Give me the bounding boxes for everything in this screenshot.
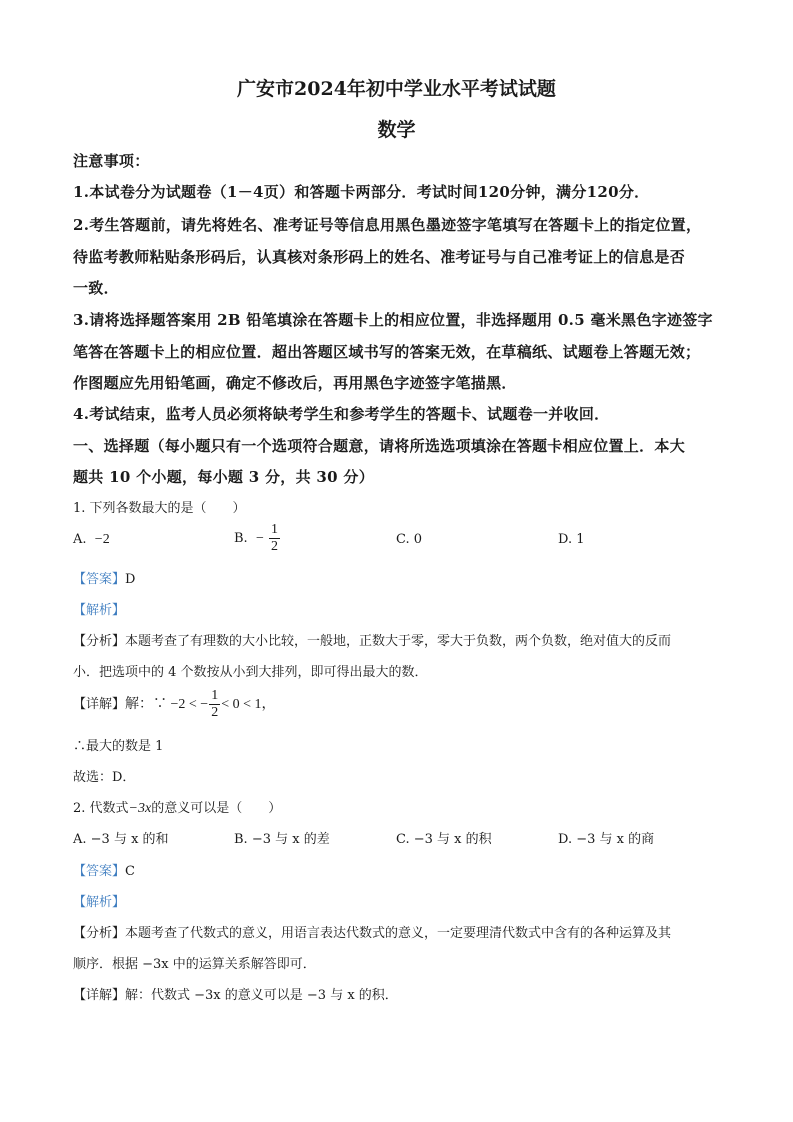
q1-option-a: A. −2 xyxy=(73,532,110,548)
xiangjie-tag: 【详解】 xyxy=(73,697,125,712)
q1-answer: 【答案】D xyxy=(73,568,135,587)
fenxi-text: 本题考查了代数式的意义，用语言表达代数式的意义，一定要理清代数式中含有的各种运算… xyxy=(125,926,671,941)
fraction-denominator: 2 xyxy=(211,705,218,721)
page-title: 广安市2024年初中学业水平考试试题 xyxy=(0,74,793,101)
xiangjie-prefix: 解：∵ −2 < − xyxy=(125,697,208,712)
fenxi-tag: 【分析】 xyxy=(73,926,125,941)
q1-fenxi-cont: 小．把选项中的 4 个数按从小到大排列，即可得出最大的数． xyxy=(73,661,428,680)
q2-option-c: C. −3 与 x 的积 xyxy=(396,828,492,847)
xiangjie-tag: 【详解】 xyxy=(73,988,125,1003)
fraction-numerator: 1 xyxy=(269,522,280,539)
fenxi-text: 本题考查了有理数的大小比较，一般地，正数大于零，零大于负数，两个负数，绝对值大的… xyxy=(125,634,671,649)
q2-fenxi-cont: 顺序．根据 −3x 中的运算关系解答即可． xyxy=(73,953,316,972)
q2-stem-math: −3x xyxy=(129,801,152,816)
q2-analysis-tag: 【解析】 xyxy=(73,891,125,910)
notice-item-3: 3.请将选择题答案用 2B 铅笔填涂在答题卡上的相应位置，非选择题用 0.5 毫… xyxy=(73,309,713,330)
q1-option-b: B. − 1 2 xyxy=(234,522,281,555)
notice-item-3-cont: 笔答在答题卡上的相应位置．超出答题区域书写的答案无效，在草稿纸、试题卷上答题无效… xyxy=(73,341,700,362)
notice-item-3-end: 作图题应先用铅笔画，确定不修改后，再用黑色字迹签字笔描黑． xyxy=(73,372,517,393)
fraction-numerator: 1 xyxy=(209,688,220,705)
q1-option-a-value: −2 xyxy=(95,532,110,547)
q1-option-c: C. 0 xyxy=(396,532,422,547)
notice-item-4: 4.考试结束，监考人员必须将缺考学生和参考学生的答题卡、试题卷一并收回． xyxy=(73,403,609,424)
q1-fenxi: 【分析】本题考查了有理数的大小比较，一般地，正数大于零，零大于负数，两个负数，绝… xyxy=(73,630,671,649)
q2-stem-suffix: 的意义可以是（ ） xyxy=(151,801,281,816)
q2-stem-prefix: 2. 代数式 xyxy=(73,801,129,816)
q1-conclusion: ∴最大的数是 1 xyxy=(73,735,163,754)
notice-item-2-cont: 待监考教师粘贴条形码后，认真核对条形码上的姓名、准考证号与自己准考证上的信息是否 xyxy=(73,246,685,267)
q2-fenxi: 【分析】本题考查了代数式的意义，用语言表达代数式的意义，一定要理清代数式中含有的… xyxy=(73,922,671,941)
page-subject: 数学 xyxy=(0,115,793,142)
q2-option-b: B. −3 与 x 的差 xyxy=(234,828,330,847)
question-1-stem: 1. 下列各数最大的是（ ） xyxy=(73,497,246,516)
q1-analysis-tag: 【解析】 xyxy=(73,599,125,618)
section-heading-cont: 题共 10 个小题，每小题 3 分，共 30 分） xyxy=(73,466,374,487)
answer-tag: 【答案】 xyxy=(73,572,125,587)
section-heading: 一、选择题（每小题只有一个选项符合题意，请将所选选项填涂在答题卡相应位置上．本大 xyxy=(73,435,685,456)
fenxi-tag: 【分析】 xyxy=(73,634,125,649)
xiangjie-fraction: 1 2 xyxy=(209,688,220,721)
q1-choose: 故选：D． xyxy=(73,766,135,785)
q1-option-b-label: B. xyxy=(234,531,248,546)
question-2-stem: 2. 代数式−3x的意义可以是（ ） xyxy=(73,797,281,817)
q1-option-d: D. 1 xyxy=(558,532,585,547)
q2-option-a: A. −3 与 x 的和 xyxy=(73,828,169,847)
q1-xiangjie: 【详解】解：∵ −2 < − 1 2 < 0 < 1， xyxy=(73,688,276,721)
answer-tag: 【答案】 xyxy=(73,864,125,879)
notice-item-2-end: 一致． xyxy=(73,277,119,298)
q2-xiangjie: 【详解】解：代数式 −3x 的意义可以是 −3 与 x 的积． xyxy=(73,984,398,1003)
q2-option-d: D. −3 与 x 的商 xyxy=(558,828,654,847)
q1-option-b-fraction: 1 2 xyxy=(269,522,280,555)
fraction-denominator: 2 xyxy=(271,539,278,555)
notice-item-2: 2.考生答题前，请先将姓名、准考证号等信息用黑色墨迹签字笔填写在答题卡上的指定位… xyxy=(73,214,701,235)
notice-item-1: 1.本试卷分为试题卷（1－4页）和答题卡两部分．考试时间120分钟，满分120分… xyxy=(73,181,649,202)
q2-answer: 【答案】C xyxy=(73,860,135,879)
answer-value: D xyxy=(125,572,135,587)
q1-option-b-sign: − xyxy=(256,531,264,546)
xiangjie-suffix: < 0 < 1， xyxy=(221,697,275,712)
xiangjie-text: 解：代数式 −3x 的意义可以是 −3 与 x 的积． xyxy=(125,988,398,1003)
q1-option-a-label: A. xyxy=(73,532,87,547)
notice-heading: 注意事项： xyxy=(73,150,150,171)
answer-value: C xyxy=(125,864,135,879)
